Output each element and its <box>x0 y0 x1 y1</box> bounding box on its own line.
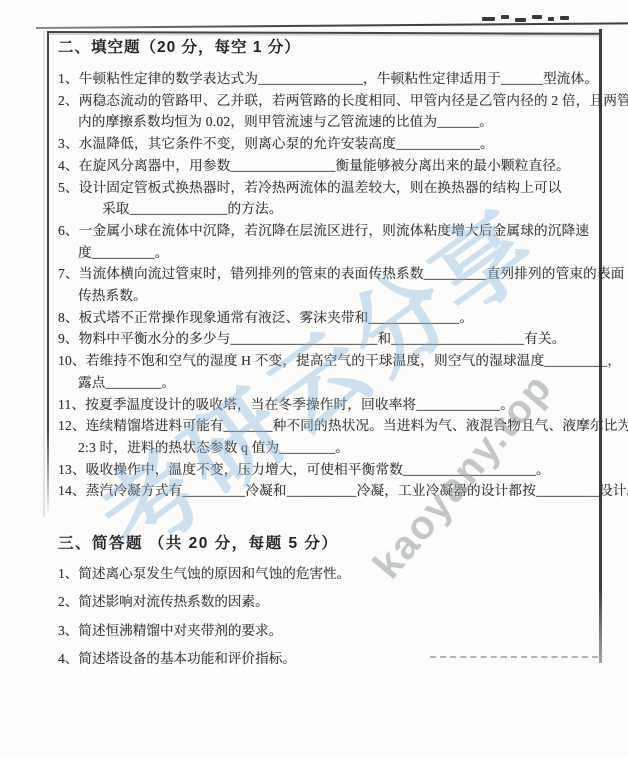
question-line: 3、水温降低，其它条件不变，则离心泵的允许安装高度____________。 <box>58 133 594 155</box>
fill-question-5: 5、设计固定管板式换热器时，若冷热两流体的温差较大，则在换热器的结构上可以 采取… <box>58 177 594 220</box>
short-answer-section-title: 三、简答题 （共 20 分，每题 5 分） <box>58 533 594 555</box>
fill-question-6: 6、一金属小球在流体中沉降，若沉降在层流区进行，则流体粘度增大后金属球的沉降速 … <box>58 220 594 263</box>
fill-in-blank-section-title: 二、填空题（20 分，每空 1 分） <box>58 37 594 59</box>
question-line: 6、一金属小球在流体中沉降，若沉降在层流区进行，则流体粘度增大后金属球的沉降速 <box>58 220 594 242</box>
page-header-rule <box>36 22 628 29</box>
question-box-border-right <box>599 29 602 663</box>
cutoff-page-header-text <box>482 15 602 23</box>
fill-question-3: 3、水温降低，其它条件不变，则离心泵的允许安装高度____________。 <box>58 133 594 155</box>
question-line: 2、两稳态流动的管路甲、乙并联，若两管路的长度相同、甲管内径是乙管内径的 2 倍… <box>58 90 594 112</box>
exam-content: 二、填空题（20 分，每空 1 分） 1、牛顿粘性定律的数学表达式为______… <box>58 37 594 669</box>
fill-question-2: 2、两稳态流动的管路甲、乙并联，若两管路的长度相同、甲管内径是乙管内径的 2 倍… <box>58 90 594 133</box>
fill-question-8: 8、板式塔不正常操作现象通常有液泛、雾沫夹带和_____________。 <box>58 307 594 329</box>
question-line: 露点________。 <box>58 372 594 394</box>
short-question-3: 3、简述恒沸精馏中对夹带剂的要求。 <box>58 621 594 641</box>
question-line: 1、牛顿粘性定律的数学表达式为_______________，牛顿粘性定律适用于… <box>58 68 594 90</box>
question-line: 10、若维持不饱和空气的湿度 H 不变，提高空气的干球温度，则空气的湿球温度__… <box>58 350 594 372</box>
fill-question-9: 9、物料中平衡水分的多少与_____________________和_____… <box>58 328 594 350</box>
short-question-2: 2、简述影响对流传热系数的因素。 <box>58 592 594 612</box>
fill-question-4: 4、在旋风分离器中，用参数_______________衡量能够被分离出来的最小… <box>58 155 594 177</box>
fill-question-11: 11、按夏季温度设计的吸收塔，当在冬季操作时，回收率将____________。 <box>58 394 594 416</box>
question-line: 内的摩擦系数均恒为 0.02，则甲管流速与乙管流速的比值为______。 <box>58 111 594 133</box>
question-line: 13、吸收操作中，温度不变，压力增大，可使相平衡常数______________… <box>58 459 594 481</box>
question-line: 5、设计固定管板式换热器时，若冷热两流体的温差较大，则在换热器的结构上可以 <box>58 177 594 199</box>
fill-question-14: 14、蒸汽冷凝方式有_________冷凝和__________冷凝，工业冷凝器… <box>58 480 594 502</box>
question-line: 传热系数。 <box>58 285 594 307</box>
question-line: 度_________。 <box>58 242 594 264</box>
fill-question-10: 10、若维持不饱和空气的湿度 H 不变，提高空气的干球温度，则空气的湿球温度__… <box>58 350 594 393</box>
question-box-border-left <box>47 31 49 517</box>
scanned-exam-page: 二、填空题（20 分，每空 1 分） 1、牛顿粘性定律的数学表达式为______… <box>0 0 628 757</box>
question-line: 2:3 时，进料的热状态参数 q 值为________。 <box>58 437 594 459</box>
fill-question-7: 7、当流体横向流过管束时，错列排列的管束的表面传热系数_________直列排列… <box>58 263 594 306</box>
question-line: 12、连续精馏塔进料可能有_______种不同的热状况。当进料为气、液混合物且气… <box>58 415 594 437</box>
question-line: 11、按夏季温度设计的吸收塔，当在冬季操作时，回收率将____________。 <box>58 394 594 416</box>
fill-question-12: 12、连续精馏塔进料可能有_______种不同的热状况。当进料为气、液混合物且气… <box>58 415 594 458</box>
short-question-1: 1、简述离心泵发生气蚀的原因和气蚀的危害性。 <box>58 564 594 584</box>
question-line: 9、物料中平衡水分的多少与_____________________和_____… <box>58 328 594 350</box>
question-line: 7、当流体横向流过管束时，错列排列的管束的表面传热系数_________直列排列… <box>58 263 594 285</box>
question-line: 14、蒸汽冷凝方式有_________冷凝和__________冷凝，工业冷凝器… <box>58 480 594 502</box>
fill-question-1: 1、牛顿粘性定律的数学表达式为_______________，牛顿粘性定律适用于… <box>58 68 594 90</box>
fill-question-13: 13、吸收操作中，温度不变，压力增大，可使相平衡常数______________… <box>58 459 594 481</box>
question-line: 4、在旋风分离器中，用参数_______________衡量能够被分离出来的最小… <box>58 155 594 177</box>
short-question-4: 4、简述塔设备的基本功能和评价指标。 <box>58 649 594 669</box>
question-box-border-top <box>47 31 601 35</box>
question-line: 8、板式塔不正常操作现象通常有液泛、雾沫夹带和_____________。 <box>58 307 594 329</box>
question-line: 采取______________的方法。 <box>58 198 594 220</box>
